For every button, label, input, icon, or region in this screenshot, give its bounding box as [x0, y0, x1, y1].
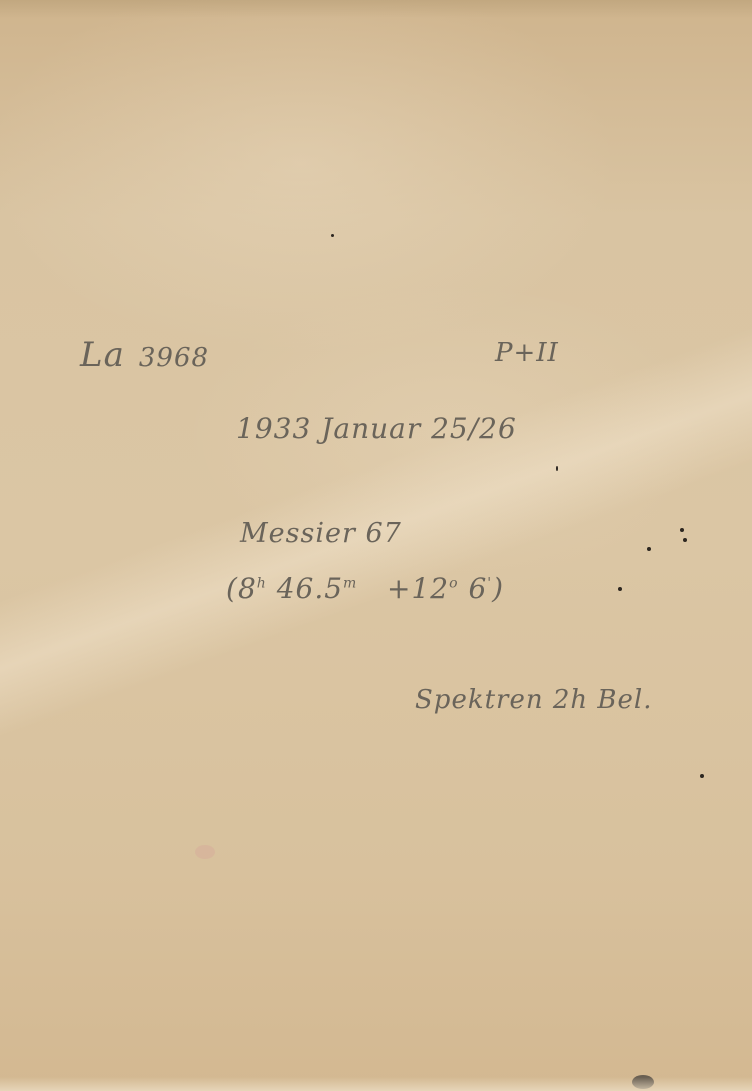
stain [195, 845, 215, 859]
observation-date: 1933 Januar 25/26 [236, 412, 517, 445]
paper-bottom-edge [0, 1077, 752, 1091]
plates-label: P+II [495, 338, 559, 368]
ink-dot [680, 528, 684, 532]
ink-dot [331, 234, 334, 237]
object-coordinates: (8h 46.5m +12o 6') [226, 572, 504, 605]
ink-dot [700, 774, 704, 778]
paper-top-edge [0, 0, 752, 18]
ink-dot [683, 538, 687, 542]
dec-minutes: 6 [468, 572, 487, 605]
exposure-note: Spektren 2h Bel. [415, 685, 653, 715]
catalog-label: La3968 [80, 335, 209, 375]
ink-dot [618, 587, 622, 591]
object-name: Messier 67 [240, 518, 402, 549]
ra-minutes: 46.5 [277, 572, 343, 605]
ink-dot [647, 547, 651, 551]
ra-hours: 8 [238, 572, 257, 605]
catalog-prefix: La [80, 335, 125, 375]
ink-mark [556, 466, 558, 471]
dec-degrees: +12 [387, 572, 449, 605]
document-sheet: La3968 P+II 1933 Januar 25/26 Messier 67… [0, 0, 752, 1091]
catalog-number: 3968 [139, 343, 209, 373]
